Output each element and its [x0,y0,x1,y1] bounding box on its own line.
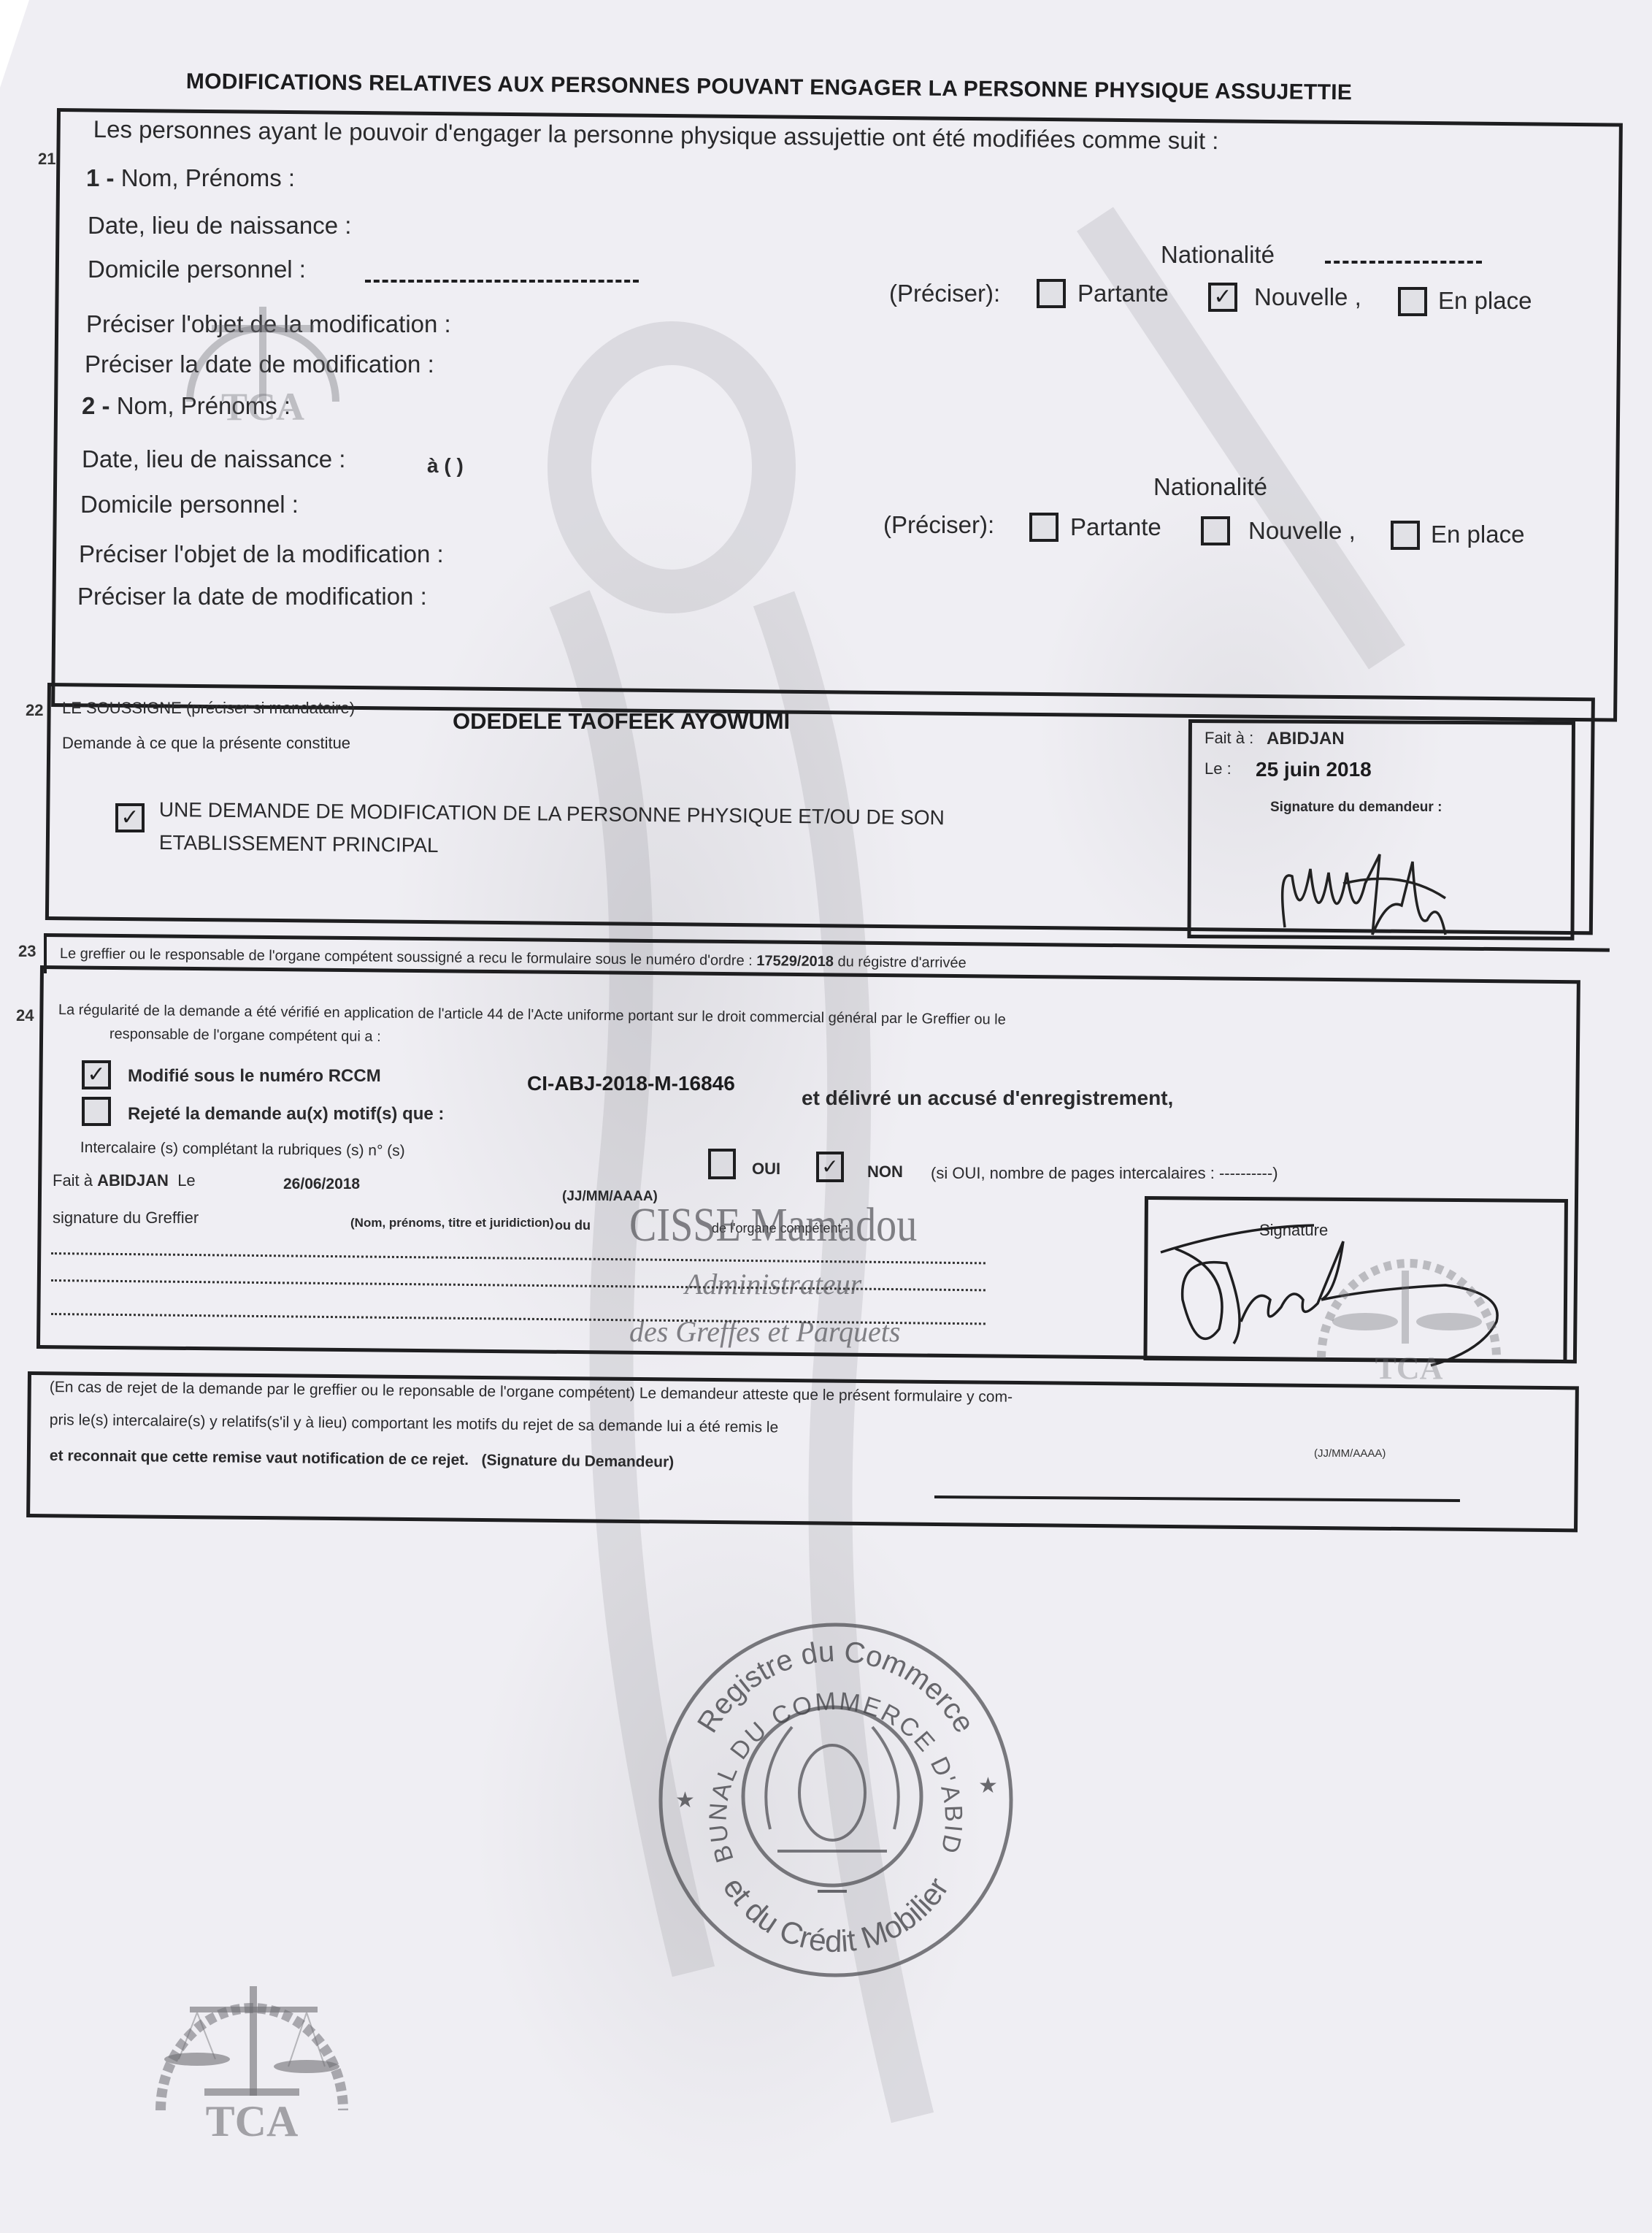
greffier-stamp-title1: Administrateur [685,1267,861,1301]
person-1-index: 1 - [86,164,115,191]
svg-text:★: ★ [978,1774,998,1798]
checkmark-icon: ✓ [120,807,139,829]
nom-prenoms-label: (Nom, prénoms, titre et juridiction) [350,1216,554,1230]
section-22-number: 22 [26,701,43,720]
section-21-number: 21 [38,150,55,169]
person-1-en-place-label: En place [1438,287,1532,315]
person-2-object-label: Préciser l'objet de la modification : [79,540,444,568]
svg-text:TCA: TCA [1375,1350,1443,1386]
person-2-nationality-label: Nationalité [1153,473,1267,501]
official-round-stamp-icon: Registre du Commerce TRIBUNAL DU COMMERC… [646,1610,1026,1990]
person-1-nouvelle-checkbox[interactable]: ✓ [1208,283,1237,312]
non-checkbox[interactable]: ✓ [816,1152,844,1182]
person-1-birth-label: Date, lieu de naissance : [88,212,351,240]
demandeur-signature-label: Signature du demandeur : [1270,800,1442,816]
tca-watermark-icon: TCA [175,277,350,424]
person-2-nouvelle-checkbox[interactable] [1201,516,1230,545]
person-1-preciser-label: (Préciser): [889,280,1000,307]
person-1-nationality-label: Nationalité [1161,241,1275,269]
svg-text:★: ★ [675,1788,695,1812]
rejete-checkbox[interactable] [82,1097,111,1126]
person-1-partante-label: Partante [1077,280,1169,307]
tca-logo-letters: TCA [206,2097,299,2145]
demandeur-signature-scribble-icon[interactable] [1270,840,1460,949]
order-number[interactable]: 17529/2018 [756,953,834,970]
modifie-label: Modifié sous le numéro RCCM [128,1066,381,1087]
demandeur-date-value[interactable]: 25 juin 2018 [1256,758,1372,781]
greffier-le-label: Le [177,1171,195,1190]
rejection-date-format: (JJ/MM/AAAA) [1314,1447,1386,1460]
person-2-preciser-label: (Préciser): [883,511,994,539]
person-2-en-place-checkbox[interactable] [1391,521,1420,550]
person-2-en-place-label: En place [1431,521,1524,548]
person-1-name-field[interactable]: 1 - Nom, Prénoms : [86,164,295,192]
section-23-number: 23 [18,942,36,961]
person-1-en-place-checkbox[interactable] [1398,287,1427,316]
person-2-partante-label: Partante [1070,513,1161,541]
checkmark-icon: ✓ [1213,286,1232,308]
elephant-emblem-icon [766,1727,898,1851]
tca-logo-icon: TCA [146,1957,365,2147]
section-24-line2: responsable de l'organe compétent qui a … [110,1026,381,1046]
checkmark-icon: ✓ [87,1064,105,1086]
oui-checkbox[interactable] [708,1149,736,1179]
greffier-fait-a-value[interactable]: ABIDJAN [97,1171,169,1190]
rejete-label: Rejeté la demande au(x) motif(s) que : [128,1104,444,1125]
pages-intercalaires-note: (si OUI, nombre de pages intercalaires :… [931,1164,1278,1183]
section-23-text-after: du régistre d'arrivée [837,954,966,971]
oui-label: OUI [752,1160,780,1179]
person-2-birth-label: Date, lieu de naissance : [82,445,345,473]
soussigne-value[interactable]: ODEDELE TAOFEEK AYOWUMI [453,708,790,735]
svg-text:TCA: TCA [221,385,304,429]
svg-text:Registre du Commerce: Registre du Commerce [691,1636,980,1739]
greffier-date-value[interactable]: 26/06/2018 [283,1176,360,1193]
person-2-partante-checkbox[interactable] [1029,513,1059,542]
person-2-birth-value[interactable]: à ( ) [427,454,464,478]
intercalaire-label: Intercalaire (s) complétant la rubriques… [80,1139,405,1160]
modifie-checkbox[interactable]: ✓ [82,1060,111,1089]
person-1-name-label: Nom, Prénoms : [121,164,295,191]
rejection-line3-text: et reconnait que cette remise vaut notif… [50,1447,469,1468]
person-1-partante-checkbox[interactable] [1037,279,1066,308]
section-24-number: 24 [16,1006,34,1025]
demande-label: Demande à ce que la présente constitue [62,734,350,753]
stamp-top-text: Registre du Commerce [691,1636,980,1739]
demandeur-fait-a-label: Fait à : [1205,729,1253,748]
person-1-nationality-value[interactable] [1325,261,1482,264]
checkmark-icon: ✓ [821,1157,838,1177]
delivre-label: et délivré un accusé d'enregistrement, [802,1087,1173,1110]
person-1-domicile-value[interactable] [365,280,639,283]
demandeur-le-label: Le : [1205,759,1232,778]
request-type-checkbox[interactable]: ✓ [115,803,145,832]
request-type-line2: ETABLISSEMENT PRINCIPAL [159,831,439,857]
scales-of-justice-watermark-icon: TCA [1299,1212,1518,1380]
person-2-index: 2 - [82,392,110,419]
rejection-signature-label: (Signature du Demandeur) [481,1452,674,1471]
soussigne-label: LE SOUSSIGNE (préciser si mandataire) [62,699,355,718]
greffier-stamp-name: CISSE Mamadou [629,1198,917,1253]
non-label: NON [867,1163,903,1181]
ou-du-label: ou du [555,1218,591,1233]
demandeur-fait-a-value[interactable]: ABIDJAN [1267,729,1345,749]
person-2-nouvelle-label: Nouvelle , [1248,517,1356,545]
person-2-date-label: Préciser la date de modification : [77,583,427,610]
greffier-fait-a: Fait à ABIDJAN Le [53,1171,196,1190]
greffier-fait-a-label: Fait à [53,1171,93,1190]
rccm-number[interactable]: CI-ABJ-2018-M-16846 [527,1072,735,1095]
person-2-domicile-label: Domicile personnel : [80,491,299,518]
signature-greffier-label: signature du Greffier [53,1209,199,1227]
person-1-nouvelle-label: Nouvelle , [1254,283,1361,311]
